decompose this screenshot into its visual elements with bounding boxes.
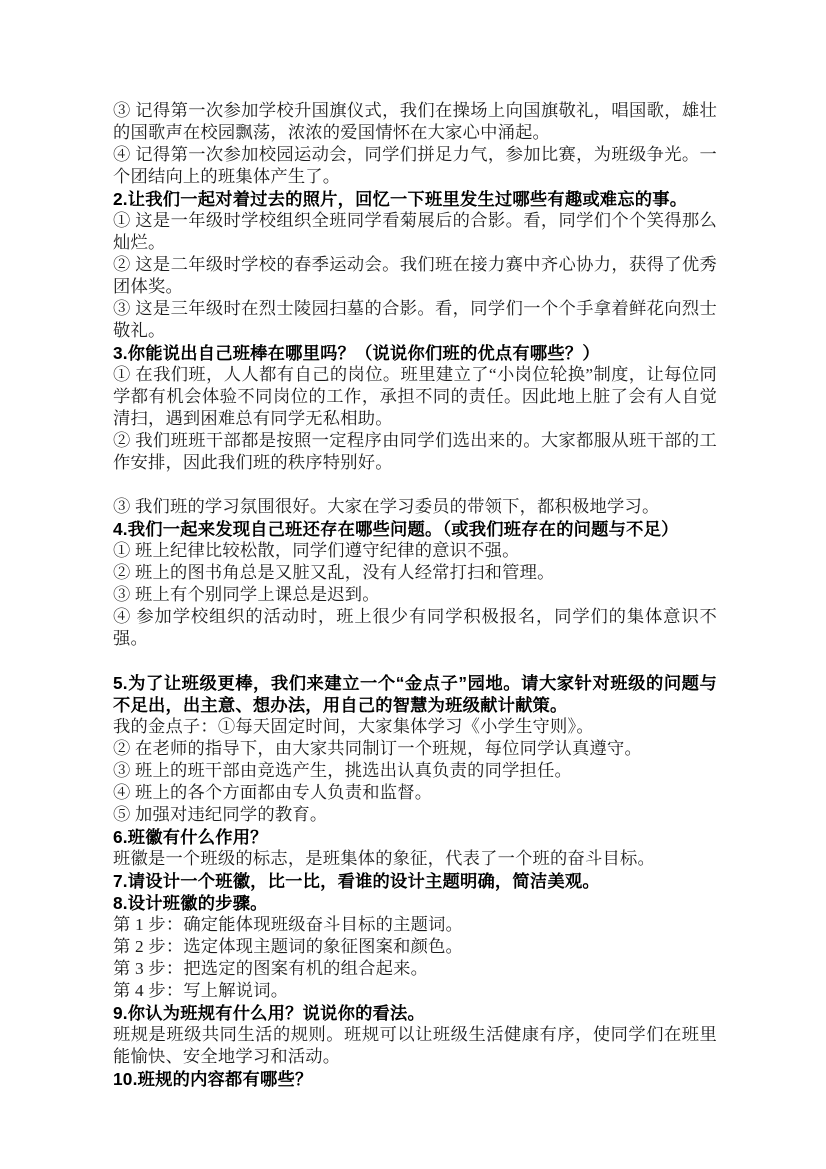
paragraph: ③ 这是三年级时在烈士陵园扫墓的合影。看，同学们一个个手拿着鲜花向烈士敬礼。: [113, 298, 717, 342]
paragraph: ② 这是二年级时学校的春季运动会。我们班在接力赛中齐心协力，获得了优秀团体奖。: [113, 254, 717, 298]
section-heading: 6.班徽有什么作用？: [113, 826, 717, 848]
paragraph: ④ 记得第一次参加校园运动会，同学们拼足力气，参加比赛，为班级争光。一个团结向上…: [113, 144, 717, 188]
paragraph: ① 班上纪律比较松散，同学们遵守纪律的意识不强。: [113, 540, 717, 562]
paragraph: 第 3 步：把选定的图案有机的组合起来。: [113, 958, 717, 980]
paragraph: 班规是班级共同生活的规则。班规可以让班级生活健康有序，使同学们在班里能愉快、安全…: [113, 1024, 717, 1068]
document-page: ③ 记得第一次参加学校升国旗仪式，我们在操场上向国旗敬礼，唱国歌，雄壮的国歌声在…: [0, 0, 826, 1169]
section-heading: 7.请设计一个班徽，比一比，看谁的设计主题明确，简洁美观。: [113, 870, 717, 892]
blank-line: [113, 474, 717, 496]
paragraph: 第 4 步：写上解说词。: [113, 980, 717, 1002]
paragraph: ⑤ 加强对违纪同学的教育。: [113, 804, 717, 826]
section-heading: 5.为了让班级更棒，我们来建立一个“金点子”园地。请大家针对班级的问题与不足出，…: [113, 672, 717, 716]
paragraph: 我的金点子：①每天固定时间，大家集体学习《小学生守则》。: [113, 716, 717, 738]
paragraph: ③ 班上有个别同学上课总是迟到。: [113, 584, 717, 606]
section-heading: 9.你认为班规有什么用？说说你的看法。: [113, 1002, 717, 1024]
paragraph: ③ 我们班的学习氛围很好。大家在学习委员的带领下，都积极地学习。: [113, 496, 717, 518]
paragraph: ③ 班上的班干部由竞选产生，挑选出认真负责的同学担任。: [113, 760, 717, 782]
section-heading: 3.你能说出自己班棒在哪里吗？（说说你们班的优点有哪些？）: [113, 342, 717, 364]
paragraph: ① 这是一年级时学校组织全班同学看菊展后的合影。看，同学们个个笑得那么灿烂。: [113, 210, 717, 254]
paragraph: ② 班上的图书角总是又脏又乱，没有人经常打扫和管理。: [113, 562, 717, 584]
section-heading: 10.班规的内容都有哪些？: [113, 1068, 717, 1090]
blank-line: [113, 650, 717, 672]
paragraph: ① 在我们班，人人都有自己的岗位。班里建立了“小岗位轮换”制度，让每位同学都有机…: [113, 364, 717, 430]
paragraph: 第 1 步：确定能体现班级奋斗目标的主题词。: [113, 914, 717, 936]
section-heading: 8.设计班徽的步骤。: [113, 892, 717, 914]
paragraph: ② 我们班班干部都是按照一定程序由同学们选出来的。大家都服从班干部的工作安排，因…: [113, 430, 717, 474]
paragraph: 班徽是一个班级的标志，是班集体的象征，代表了一个班的奋斗目标。: [113, 848, 717, 870]
paragraph: 第 2 步：选定体现主题词的象征图案和颜色。: [113, 936, 717, 958]
paragraph: ③ 记得第一次参加学校升国旗仪式，我们在操场上向国旗敬礼，唱国歌，雄壮的国歌声在…: [113, 100, 717, 144]
paragraph: ④ 参加学校组织的活动时，班上很少有同学积极报名，同学们的集体意识不强。: [113, 606, 717, 650]
paragraph: ④ 班上的各个方面都由专人负责和监督。: [113, 782, 717, 804]
paragraph: ② 在老师的指导下，由大家共同制订一个班规，每位同学认真遵守。: [113, 738, 717, 760]
section-heading: 4.我们一起来发现自己班还存在哪些问题。（或我们班存在的问题与不足）: [113, 518, 717, 540]
document-text-block: ③ 记得第一次参加学校升国旗仪式，我们在操场上向国旗敬礼，唱国歌，雄壮的国歌声在…: [113, 100, 717, 1090]
section-heading: 2.让我们一起对着过去的照片，回忆一下班里发生过哪些有趣或难忘的事。: [113, 188, 717, 210]
